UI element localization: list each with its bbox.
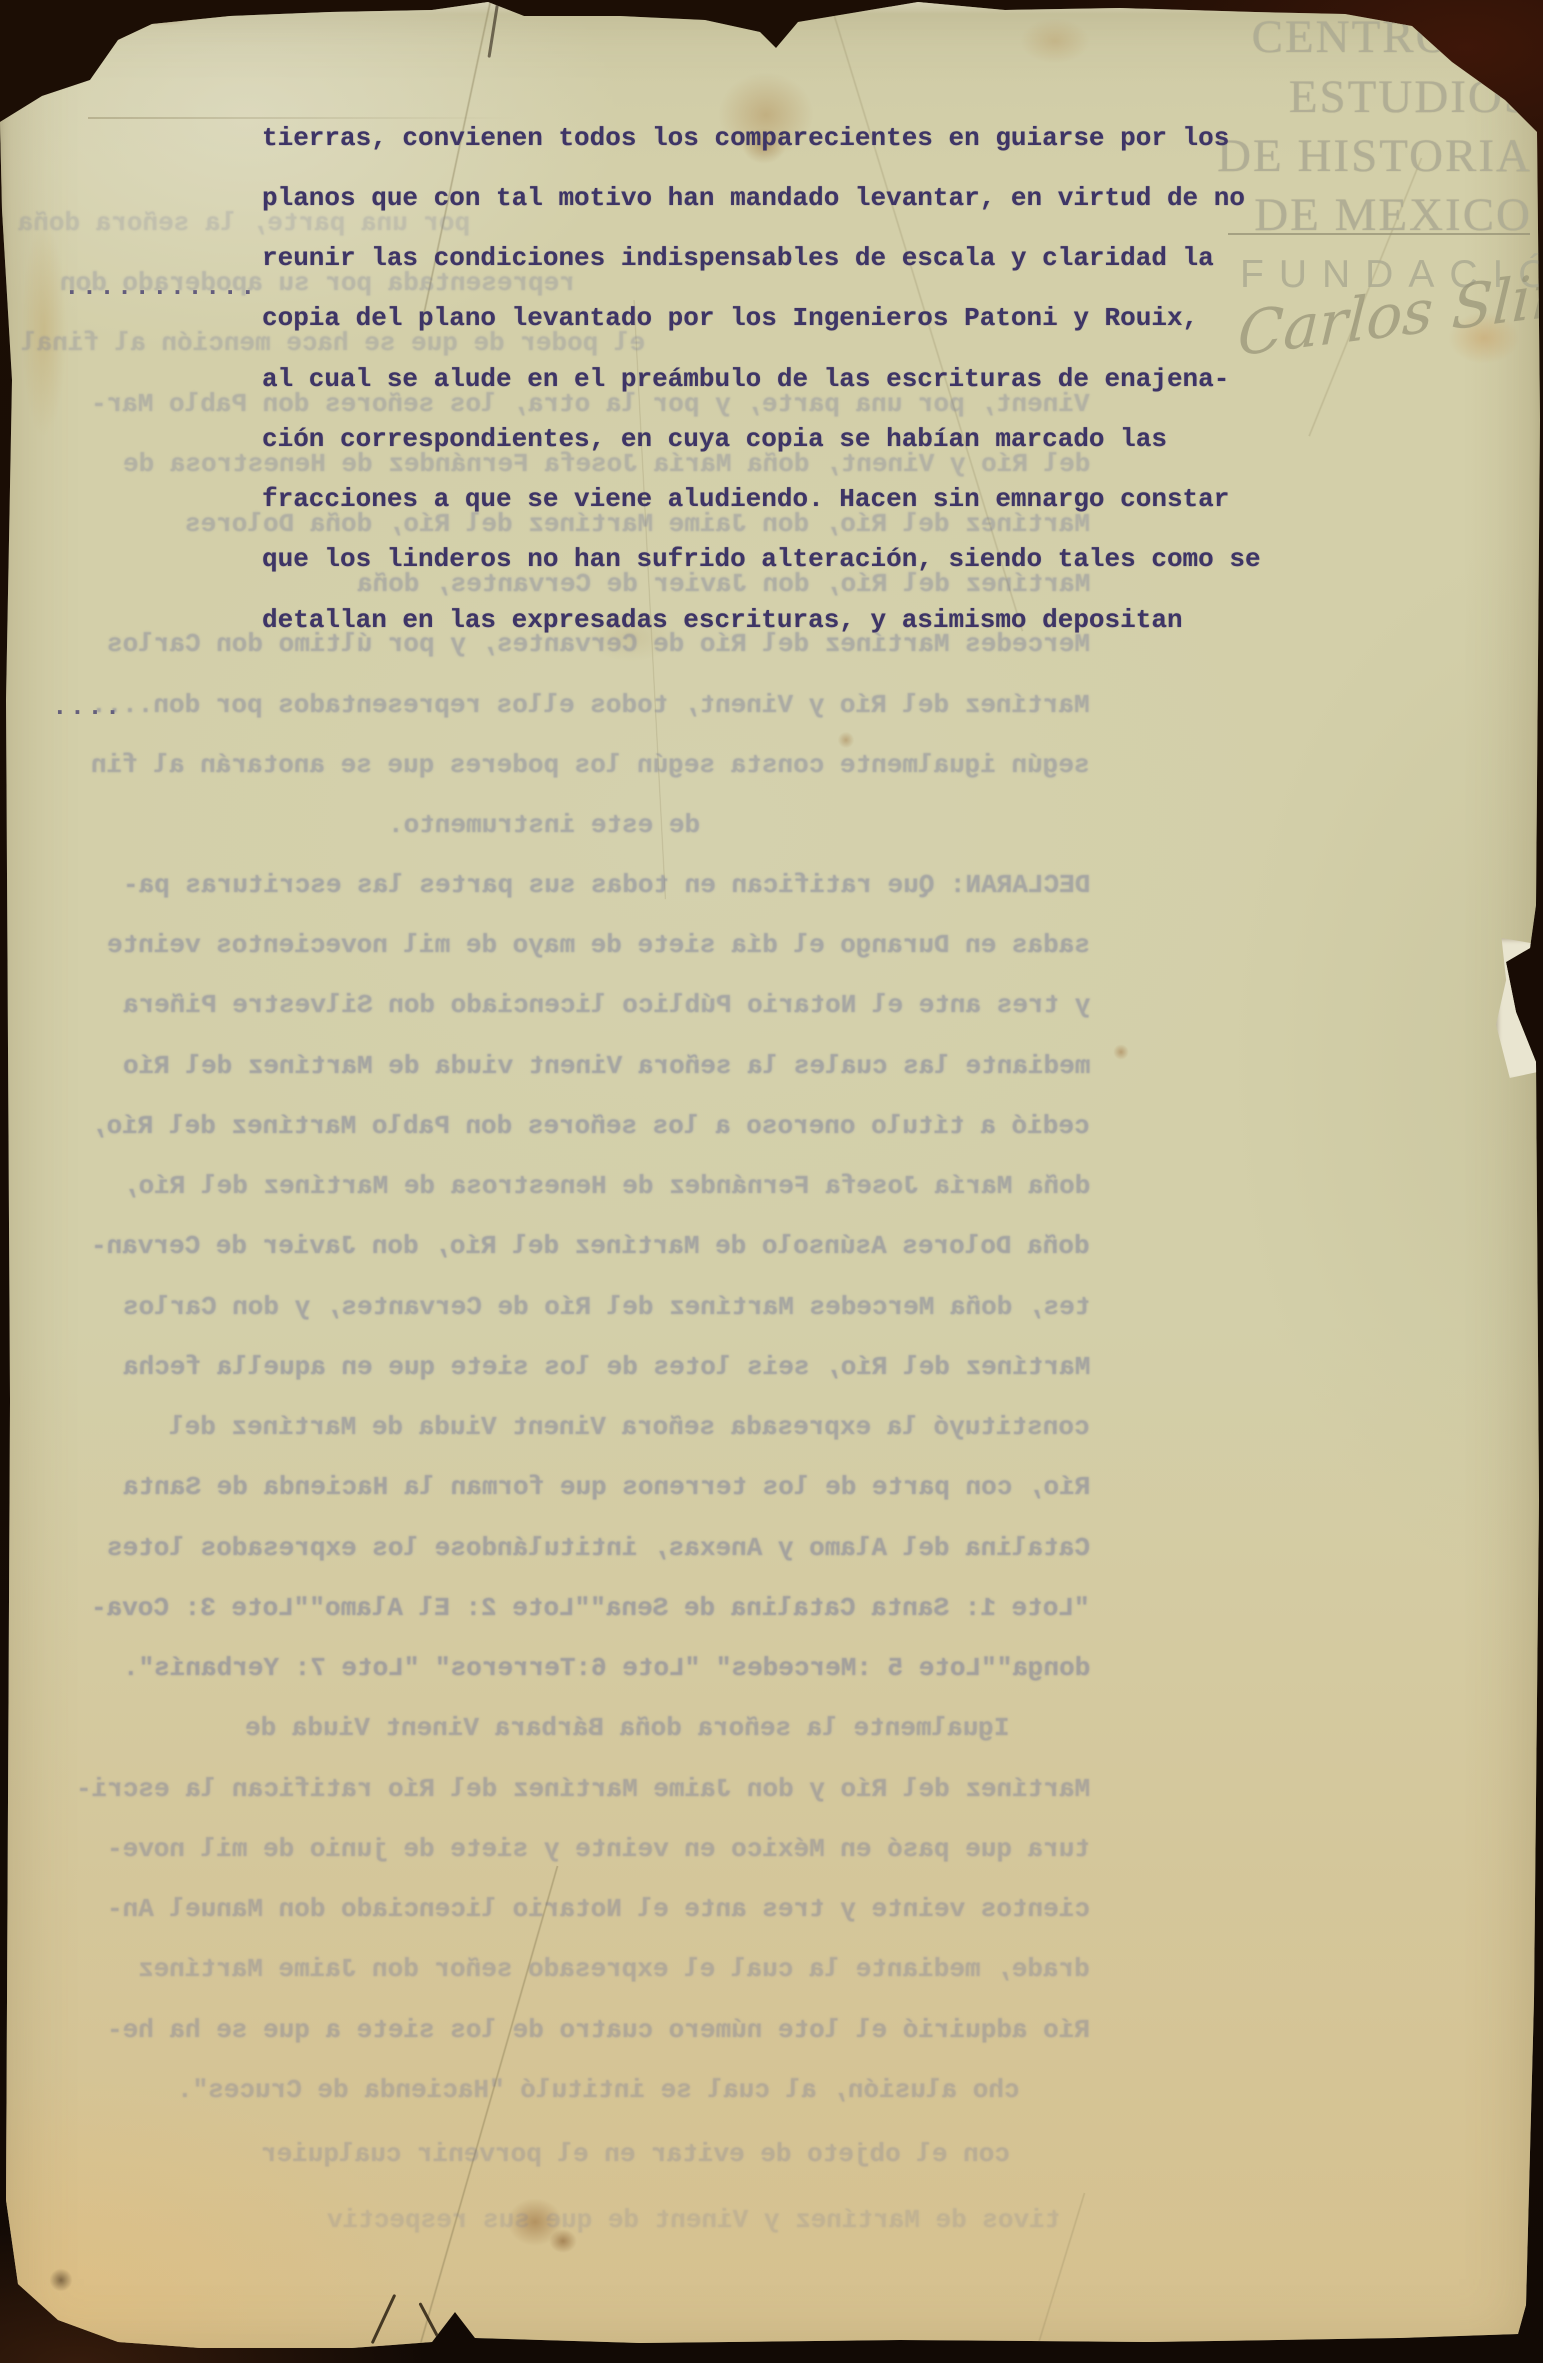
bleedthrough-line-6: Martínez del Río, don Jaime Martínez del… bbox=[185, 509, 1090, 539]
watermark-line: DE HISTORIA bbox=[1217, 129, 1532, 183]
bleedthrough-line-3: el poder de que se hace mención al final bbox=[21, 328, 645, 358]
paper-crease bbox=[88, 117, 518, 119]
bleedthrough-line-19: tes, doña Mercedes Martínez del Río de C… bbox=[123, 1292, 1090, 1322]
bleedthrough-line-18: doña Dolores Asúnsolo de Martínez del Rí… bbox=[91, 1231, 1090, 1261]
paper-crease bbox=[414, 1866, 559, 2362]
right-edge-tear bbox=[1496, 938, 1542, 1078]
bleedthrough-line-29: cientos veinte y tres ante el Notario li… bbox=[107, 1894, 1090, 1924]
bleedthrough-line-27: Martínez del Río y don Jaime Martínez de… bbox=[76, 1774, 1090, 1804]
paper-stain bbox=[128, 4, 198, 26]
watermark-line: ESTUDIOS bbox=[1289, 70, 1532, 124]
bottom-tear-mark bbox=[371, 2294, 397, 2344]
watermark-rule bbox=[1228, 233, 1530, 235]
bleedthrough-line-11: de este instrumento. bbox=[388, 810, 700, 840]
bottom-tear-mark bbox=[418, 2302, 444, 2348]
scanned-document-canvas: CENTRO DE ESTUDIOS DE HISTORIA DE MEXICO… bbox=[0, 0, 1543, 2363]
paper-stain bbox=[48, 2268, 74, 2292]
paper-stain bbox=[1020, 18, 1090, 64]
bleedthrough-line-32: cho alusión, al cual se intituló "Hacien… bbox=[177, 2075, 1020, 2105]
bleedthrough-line-15: mediante las cuales la señora Vinent viu… bbox=[123, 1051, 1090, 1081]
bleedthrough-line-13: sadas en Durango el día siete de mayo de… bbox=[107, 930, 1090, 960]
paper-stain bbox=[836, 732, 856, 748]
bleedthrough-line-17: doña María Josefa Fernández de Henestros… bbox=[123, 1171, 1090, 1201]
bleedthrough-line-23: Catalina del Alamo y Anexas, intitulándo… bbox=[107, 1533, 1090, 1563]
bleedthrough-line-24: "Lote 1: Santa Catalina de Sena""Lote 2:… bbox=[91, 1593, 1090, 1623]
bleedthrough-line-31: Río adquirió el lote número cuatro de lo… bbox=[107, 2015, 1090, 2045]
paper-sheet: CENTRO DE ESTUDIOS DE HISTORIA DE MEXICO… bbox=[0, 0, 1543, 2363]
bleedthrough-line-10: según igualmente consta según los podere… bbox=[91, 750, 1090, 780]
bleedthrough-line-33: con el objeto de evitar en el porvenir c… bbox=[261, 2139, 1010, 2169]
paper-stain bbox=[1112, 1044, 1130, 1060]
bleedthrough-line-4: Vinent, por una parte, y por la otra, lo… bbox=[91, 389, 1090, 419]
bleedthrough-line-25: donga""Lote 5 :Mercedes" "Lote 6:Terrero… bbox=[123, 1653, 1090, 1683]
bleedthrough-line-28: tura que pasó en México en veinte y siet… bbox=[107, 1834, 1090, 1864]
bleedthrough-line-14: y tres ante el Notario Público licenciad… bbox=[123, 990, 1090, 1020]
bleedthrough-line-34: tivos de Martínez y Vinent de que sus re… bbox=[327, 2205, 1060, 2235]
bleedthrough-line-22: Río, con parte de los terrenos que forma… bbox=[123, 1472, 1090, 1502]
bleedthrough-line-20: Martínez del Río, seis lotes de los siet… bbox=[123, 1352, 1090, 1382]
bleedthrough-line-9: Martínez del Río y Vinent, todos ellos r… bbox=[91, 690, 1090, 720]
bleedthrough-line-5: del Río y Vinent, doña María Josefa Fern… bbox=[123, 449, 1090, 479]
typed-line-1: tierras, convienen todos los comparecien… bbox=[262, 123, 1229, 153]
bleedthrough-line-7: Martínez del Río, don Javier de Cervante… bbox=[357, 569, 1090, 599]
bleedthrough-line-21: constituyó la expresada señora Vinent Vi… bbox=[169, 1412, 1090, 1442]
bleedthrough-line-8: Mercedes Martínez del Río de Cervantes, … bbox=[107, 629, 1090, 659]
bleedthrough-line-12: DECLARAN: Que ratifican en todas sus par… bbox=[123, 870, 1090, 900]
bleedthrough-line-2: representada por su apoderado don bbox=[60, 268, 575, 298]
bleedthrough-line-26: Igualmente la señora doña Bárbara Vinent… bbox=[245, 1713, 1010, 1743]
bleedthrough-line-30: drade, mediante la cual el expresado señ… bbox=[138, 1954, 1090, 1984]
bleedthrough-line-1: por una parte, la señora doña Bárbara Vi… bbox=[0, 208, 470, 238]
bleedthrough-line-16: cedió a título oneroso a los señores don… bbox=[91, 1111, 1090, 1141]
top-edge-crack bbox=[487, 0, 499, 58]
watermark-line: CENTRO DE bbox=[1252, 10, 1532, 64]
